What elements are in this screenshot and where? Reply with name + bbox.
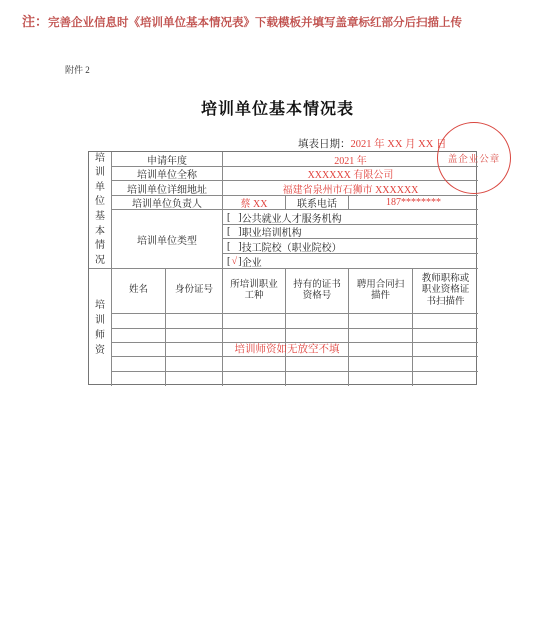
column-header-id-number: 身份证号	[166, 269, 223, 314]
table-empty-cell	[223, 314, 286, 329]
table-empty-cell	[349, 357, 413, 372]
row-label-unit-type: 培训单位类型	[112, 210, 223, 269]
top-note: 注：完善企业信息时《培训单位基本情况表》下载模板并填写盖章标红部分后扫描上传	[22, 11, 537, 31]
option-label: 企业	[242, 254, 262, 269]
option-label: 职业培训机构	[242, 224, 302, 239]
table-empty-cell	[112, 357, 166, 372]
table-empty-cell	[349, 343, 413, 357]
row-label-apply-year: 申请年度	[112, 152, 223, 167]
table-empty-cell	[166, 343, 223, 357]
table-empty-cell	[166, 372, 223, 386]
value-unit-address: 福建省泉州市石狮市 XXXXXX	[223, 181, 478, 196]
table-empty-cell	[223, 329, 286, 343]
table-empty-cell	[112, 343, 166, 357]
unit-type-option-checked: [√]企业	[223, 254, 478, 269]
table-empty-cell	[166, 357, 223, 372]
table-empty-cell	[349, 329, 413, 343]
table-empty-cell	[413, 372, 478, 386]
unit-type-option: []技工院校（职业院校）	[223, 239, 478, 254]
date-label: 填表日期：	[298, 139, 351, 150]
table-empty-cell	[413, 314, 478, 329]
page-title: 培训单位基本情况表	[0, 96, 555, 119]
section1-side-label: 培训单位基本情况	[89, 152, 112, 269]
option-label: 公共就业人才服务机构	[242, 210, 342, 225]
table-empty-cell	[223, 357, 286, 372]
table-empty-cell	[112, 329, 166, 343]
table-empty-cell	[286, 329, 349, 343]
column-header-certificate: 持有的证书资格号	[286, 269, 349, 314]
table-empty-cell	[286, 372, 349, 386]
table-empty-cell	[286, 357, 349, 372]
table-empty-cell	[413, 329, 478, 343]
option-label: 技工院校（职业院校）	[242, 239, 342, 254]
table-empty-cell	[349, 372, 413, 386]
top-note-text: 完善企业信息时《培训单位基本情况表》下载模板并填写盖章标红部分后扫描上传	[48, 17, 462, 29]
date-line: 填表日期：2021 年 XX 月 XX 日	[298, 136, 446, 151]
value-unit-head: 蔡 XX	[223, 196, 286, 210]
row-label-unit-address: 培训单位详细地址	[112, 181, 223, 196]
column-header-contract-scan: 聘用合同扫描件	[349, 269, 413, 314]
unit-type-option: []职业培训机构	[223, 225, 478, 239]
unit-type-option: []公共就业人才服务机构	[223, 210, 478, 225]
trainer-section-note: 培训师资如无放空不填	[227, 343, 347, 356]
table-empty-cell	[349, 314, 413, 329]
row-label-phone: 联系电话	[286, 196, 349, 210]
table-empty-cell	[166, 314, 223, 329]
row-label-unit-head: 培训单位负责人	[112, 196, 223, 210]
date-value: 2021 年 XX 月 XX 日	[351, 139, 447, 150]
attachment-label: 附件 2	[65, 63, 90, 76]
column-header-qualification-scan: 教师职称或职业资格证书扫描件	[413, 269, 478, 314]
checkbox-mark-checked: √	[230, 256, 238, 267]
company-seal-circle: 盖企业公章	[437, 122, 511, 194]
table-empty-cell	[223, 372, 286, 386]
table-empty-cell	[112, 372, 166, 386]
table-empty-cell	[166, 329, 223, 343]
table-empty-cell	[413, 357, 478, 372]
top-note-prefix: 注：	[22, 14, 48, 29]
table-empty-cell	[413, 343, 478, 357]
table-empty-cell	[286, 314, 349, 329]
section2-side-label: 培训师资	[89, 269, 112, 386]
value-phone: 187********	[349, 196, 478, 210]
company-seal-text: 盖企业公章	[448, 151, 501, 165]
row-label-unit-name: 培训单位全称	[112, 167, 223, 181]
column-header-trade: 所培训职业工种	[223, 269, 286, 314]
checkbox-bracket-open: [	[227, 241, 230, 252]
checkbox-bracket-open: [	[227, 212, 230, 223]
column-header-name: 姓名	[112, 269, 166, 314]
table-empty-cell	[112, 314, 166, 329]
checkbox-bracket-open: [	[227, 226, 230, 237]
